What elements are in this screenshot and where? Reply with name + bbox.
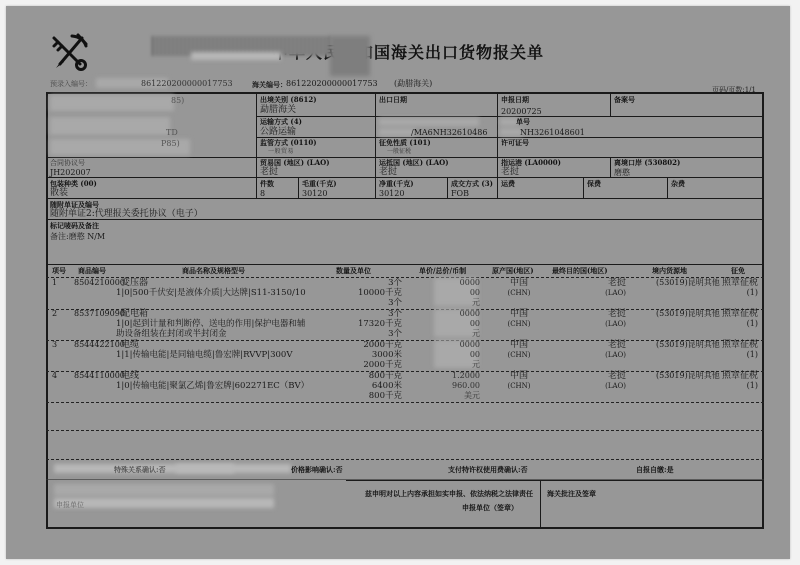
consignee-redacted — [50, 117, 170, 135]
item-qty: 17320千克 — [306, 319, 402, 329]
col-header-price: 单价/总价/币制 — [419, 267, 466, 275]
item-origin-code: (CHN) — [494, 381, 544, 391]
item-origin: 中国 — [494, 340, 544, 350]
col-header-origin: 原产国(地区) — [492, 267, 534, 275]
item-dest: 老挝 — [566, 340, 626, 350]
col-header-exemption: 征免 — [731, 267, 745, 275]
declarant-seal: 申报单位（签章） — [462, 504, 518, 512]
item-qty: 10000千克 — [306, 288, 402, 298]
item-qty: 800千克 — [306, 391, 402, 401]
self-report-confirm: 自报自缴:是 — [636, 466, 674, 474]
customs-no-value: 861220200000017753 — [286, 79, 378, 89]
docs-value: 随附单证2:代理报关委托协议（电子） — [50, 209, 203, 220]
freight-label: 运费 — [501, 180, 515, 188]
package-label: 包装种类 (00) — [50, 180, 97, 188]
conveyance-label-redacted — [379, 118, 479, 126]
item-spec: 1|1|传输电能|是同轴电缆|鲁宏牌|RVVP|300V — [116, 350, 292, 360]
item-origin-code: (CHN) — [494, 350, 544, 360]
item-exemption: 照章征税 — [722, 309, 758, 319]
declarant-unit-redacted — [54, 498, 274, 508]
customs-office: (勐腊海关) — [394, 79, 432, 89]
item-code: 8544110000 — [74, 371, 125, 381]
consignor-redacted — [50, 95, 174, 111]
customs-emblem-icon — [50, 32, 90, 72]
item-dest: 老挝 — [566, 309, 626, 319]
item-price: 00 — [406, 288, 480, 298]
record-no-label: 备案号 — [614, 96, 635, 104]
bill-label: 单号 — [516, 118, 530, 126]
item-no: 2 — [52, 309, 57, 319]
gross-weight-value: 30120 — [302, 188, 327, 199]
item-price: 960.00 — [406, 381, 480, 391]
item-source: (53019)昆明其他 — [656, 371, 720, 381]
declare-date-value: 20200725 — [501, 106, 542, 117]
trade-country-label: 贸易国 (地区) (LAO) — [260, 159, 330, 167]
contract-label: 合同协议号 — [50, 159, 85, 167]
transport-mode-label: 运输方式 (4) — [260, 118, 302, 126]
item-price: 1.2000 — [406, 371, 480, 381]
misc-fee-label: 杂费 — [671, 180, 685, 188]
conveyance-prefix-redacted — [379, 128, 415, 136]
item-qty: 800千克 — [306, 371, 402, 381]
item-price: 元 — [406, 329, 480, 339]
item-spec: 1|0|传输电能|聚氯乙烯|鲁宏牌|602271EC（BV） — [116, 381, 309, 391]
declaration-text: 兹申明对以上内容承担如实申报、依法纳税之法律责任 — [365, 490, 533, 498]
trade-country-value: 老挝 — [260, 167, 278, 178]
customs-approval-label: 海关批注及签章 — [547, 490, 596, 498]
barcode-text-redacted — [191, 52, 281, 60]
supervision-value: 一般贸易 — [268, 148, 294, 155]
col-header-source: 境内货源地 — [652, 267, 687, 275]
item-price: 元 — [406, 360, 480, 370]
declare-date-label: 申报日期 — [501, 96, 529, 104]
item-dest: 老挝 — [566, 371, 626, 381]
special-relation-confirm: 特殊关系确认:否 — [114, 466, 166, 474]
item-qty: 3个 — [306, 329, 402, 339]
item-origin: 中国 — [494, 278, 544, 288]
dest-country-value: 老挝 — [379, 167, 397, 178]
customs-no-label: 海关编号： — [252, 80, 287, 90]
item-qty: 6400米 — [306, 381, 402, 391]
consignor-suffix: 85) — [171, 96, 184, 106]
item-source: (53019)昆明其他 — [656, 278, 720, 288]
bill-prefix-redacted — [500, 128, 522, 136]
item-no: 4 — [52, 371, 57, 381]
col-header-code: 商品编号 — [78, 267, 106, 275]
insurance-label: 保费 — [587, 180, 601, 188]
item-name: 变压器 — [121, 278, 148, 288]
price-impact-redacted — [176, 464, 291, 473]
pieces-label: 件数 — [260, 180, 274, 188]
item-exemption-code: (1) — [706, 381, 758, 391]
item-price: 0000 — [406, 309, 480, 319]
port-label: 指运港 (LA0000) — [501, 159, 561, 167]
item-price: 0000 — [406, 340, 480, 350]
marks-label: 标记唛码及备注 — [50, 222, 99, 230]
net-weight-label: 净重(千克) — [379, 180, 414, 188]
item-qty: 3个 — [306, 309, 402, 319]
transport-mode-value: 公路运输 — [260, 127, 296, 138]
pre-entry-label: 预录入编号： — [50, 79, 92, 89]
item-source: (53019)昆明其他 — [656, 309, 720, 319]
item-exemption: 照章征税 — [722, 278, 758, 288]
gross-weight-label: 毛重(千克) — [302, 180, 337, 188]
item-price: 00 — [406, 350, 480, 360]
package-value: 散装 — [50, 188, 68, 199]
exit-port-label: 离境口岸 (530802) — [614, 159, 680, 167]
item-code: 8544422100 — [74, 340, 125, 350]
item-origin: 中国 — [494, 309, 544, 319]
item-price: 00 — [406, 319, 480, 329]
item-price: 0000 — [406, 278, 480, 288]
exit-port-value: 磨憨 — [614, 167, 630, 178]
supervision-label: 监管方式 (0110) — [260, 139, 317, 147]
qr-code — [330, 36, 370, 76]
declarant-redacted — [54, 484, 274, 496]
declarant-unit-label: 申报单位 — [56, 501, 84, 509]
exit-customs-label: 出境关别 (8612) — [260, 96, 317, 104]
item-qty: 2000千克 — [306, 340, 402, 350]
dest-country-label: 运抵国 (地区) (LAO) — [379, 159, 449, 167]
item-no: 1 — [52, 278, 57, 288]
item-price: 美元 — [406, 391, 480, 401]
item-origin: 中国 — [494, 371, 544, 381]
item-dest-code: (LAO) — [566, 319, 626, 329]
item-qty: 3000米 — [306, 350, 402, 360]
item-dest-code: (LAO) — [566, 350, 626, 360]
item-dest: 老挝 — [566, 278, 626, 288]
pieces-value: 8 — [260, 188, 265, 199]
item-dest-code: (LAO) — [566, 288, 626, 298]
col-header-no: 项号 — [52, 267, 66, 275]
item-exemption-code: (1) — [706, 288, 758, 298]
exemption-value: 一般征税 — [387, 148, 411, 155]
item-price: 元 — [406, 298, 480, 308]
item-spec: 1|0|起到计量和判断停、送电的作用|保护电器和辅 — [116, 319, 305, 329]
export-date-label: 出口日期 — [379, 96, 407, 104]
pre-entry-value: 861220200000017753 — [141, 79, 233, 89]
port-value: 老挝 — [501, 167, 519, 178]
exit-customs-value: 勐腊海关 — [260, 105, 296, 116]
license-label: 许可证号 — [501, 139, 529, 147]
item-exemption-code: (1) — [706, 319, 758, 329]
item-source: (53019)昆明其他 — [656, 340, 720, 350]
col-header-qty: 数量及单位 — [336, 267, 371, 275]
exemption-label: 征免性质 (101) — [379, 139, 431, 147]
royalty-confirm: 支付特许权使用费确认:否 — [448, 466, 528, 474]
item-exemption: 照章征税 — [722, 340, 758, 350]
item-qty: 3个 — [306, 298, 402, 308]
col-header-dest: 最终目的国(地区) — [552, 267, 608, 275]
consignee-suffix: TD — [166, 128, 178, 138]
docs-label: 随附单证及编号 — [50, 201, 99, 209]
contract-value: JH202007 — [50, 167, 91, 178]
bill-value: NH3261048601 — [520, 127, 585, 138]
item-origin-code: (CHN) — [494, 288, 544, 298]
marks-value: 备注:磨憨 N/M — [50, 231, 105, 242]
deal-mode-label: 成交方式 (3) — [451, 180, 493, 188]
item-code: 8537109090 — [74, 309, 125, 319]
conveyance-value: /MA6NH32610486 — [411, 127, 487, 138]
item-exemption-code: (1) — [706, 350, 758, 360]
item-origin-code: (CHN) — [494, 319, 544, 329]
item-name: 电缆 — [121, 340, 139, 350]
item-qty: 2000千克 — [306, 360, 402, 370]
net-weight-value: 30120 — [379, 188, 404, 199]
item-code: 8504210000 — [74, 278, 125, 288]
item-spec: 1|0|500千伏安|是液体介质|大达牌|S11-3150/10 — [116, 288, 306, 298]
item-name: 配电箱 — [121, 309, 148, 319]
item-no: 3 — [52, 340, 57, 350]
producer-suffix: P85) — [161, 139, 180, 149]
customs-declaration-page: 中华人民共和国海关出口货物报关单 预录入编号： 8612202000000177… — [6, 6, 790, 559]
item-spec-cont: 助设备组装在封闭或半封闭金 — [116, 329, 227, 339]
deal-mode-value: FOB — [451, 188, 469, 199]
item-name: 电线 — [121, 371, 139, 381]
price-impact-confirm: 价格影响确认:否 — [291, 466, 343, 474]
col-header-name: 商品名称及规格型号 — [182, 267, 245, 275]
item-exemption: 照章征税 — [722, 371, 758, 381]
item-dest-code: (LAO) — [566, 381, 626, 391]
item-qty: 3个 — [306, 278, 402, 288]
